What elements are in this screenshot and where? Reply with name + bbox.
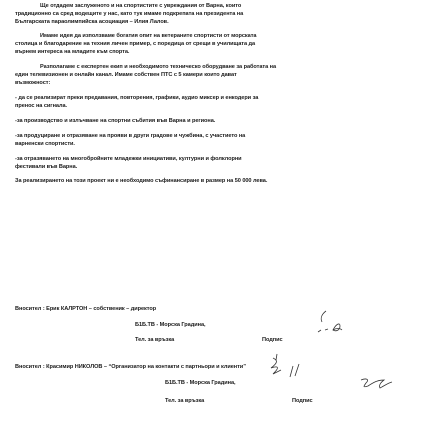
bullet-2-line-1: -за производство и излъчване на спортни … (15, 118, 215, 126)
submitter-2-signature-label: Подпис (292, 398, 313, 406)
paragraph-2-line-3: върнем интереса на младите към спорта. (15, 49, 129, 57)
signature-2-icon (255, 352, 315, 382)
paragraph-2-line-2: столица и благодарение на техния личен п… (15, 41, 255, 49)
submitter-2-phone-label: Тел. за връзка (165, 398, 204, 406)
funding-text: За реализирането на този проект ни е нео… (15, 178, 235, 184)
submitter-2-org: Б1Б.ТВ - Морска Градина, (165, 380, 236, 388)
submitter-1-title: Вносител : Ерик КАЛРТОН – собственик – д… (15, 306, 156, 314)
funding-suffix: . (266, 178, 268, 184)
signature-1-icon (300, 308, 360, 338)
bullet-4-line-2: фестивали във Варна. (15, 164, 77, 172)
paragraph-2-line-1: Имаме идея да използваме богатия опит на… (40, 33, 256, 41)
document-page: Ще отдадем заслуженото и на спортистите … (0, 0, 440, 440)
bullet-3-line-2: варненски спортисти. (15, 141, 75, 149)
submitter-1-signature-label: Подпис (262, 337, 283, 345)
bullet-1-line-1: - да се реализират преки предавания, пов… (15, 95, 258, 103)
bullet-4-line-1: -за отразяването на многобройните младеж… (15, 156, 242, 164)
bullet-1-line-2: пренос на сигнала. (15, 103, 67, 111)
paragraph-3-line-3: възможност: (15, 80, 50, 88)
submitter-1-org: Б1Б.ТВ - Морска Градина, (135, 322, 206, 330)
bullet-3-line-1: -за продуциране и отразяване на прояви в… (15, 133, 245, 141)
paragraph-3-line-2: един телевизионен и онлайн канал. Имаме … (15, 72, 237, 80)
paragraph-1-line-3: Българската параолимпийска асоциация – И… (15, 19, 169, 27)
paragraph-1-line-2: традиционно са сред водещите у нас, като… (15, 11, 243, 19)
funding-sentence: За реализирането на този проект ни е нео… (15, 178, 267, 186)
funding-amount: 50 000 лева (235, 178, 266, 184)
paragraph-1-line-1: Ще отдадем заслуженото и на спортистите … (40, 3, 241, 11)
submitter-1-phone-label: Тел. за връзка (135, 337, 174, 345)
signature-2b-icon (358, 374, 408, 394)
paragraph-3-line-1: Разполагаме с експертен екип и необходим… (40, 64, 276, 72)
submitter-2-title: Вносител : Красимир НИКОЛОВ – “Организат… (15, 364, 246, 372)
